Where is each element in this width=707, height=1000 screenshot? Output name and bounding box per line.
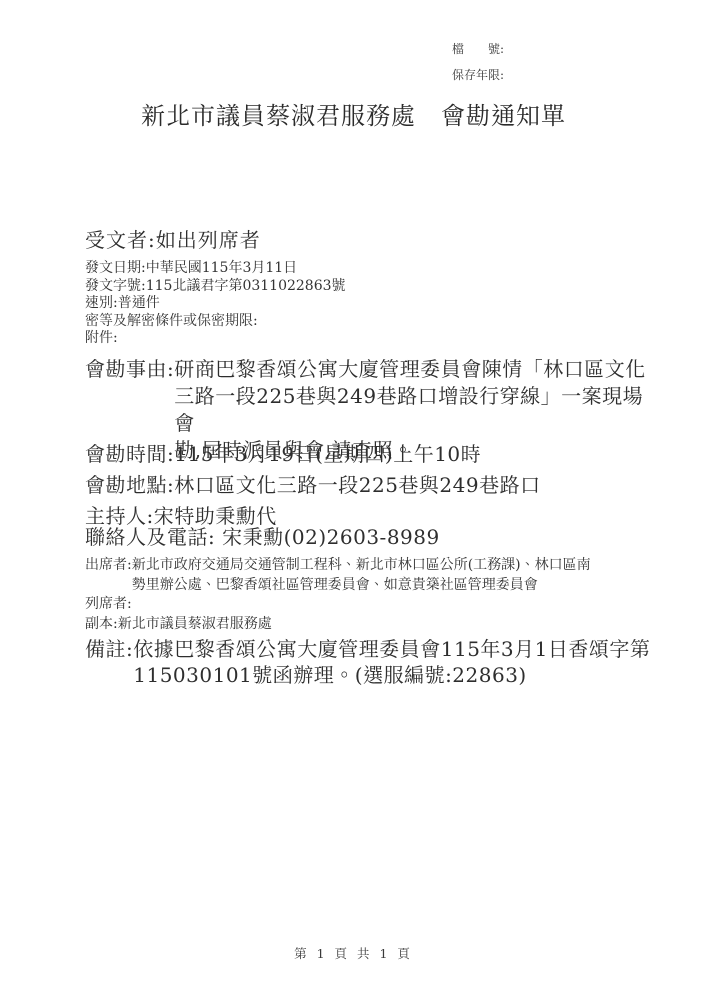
inspection-time-value: 115年3月19日(星期四)上午10時	[174, 442, 481, 466]
archive-block: 檔 號: 保存年限:	[452, 36, 504, 88]
contact-label: 聯絡人及電話:	[85, 525, 215, 549]
remarks-row: 備註: 依據巴黎香頌公寓大廈管理委員會115年3月1日香頌字第 11503010…	[85, 636, 660, 688]
cc-label: 副本:	[85, 616, 118, 632]
inspection-time-label: 會勘時間:	[85, 442, 174, 466]
issue-date-label: 發文日期:	[85, 260, 146, 276]
inspection-subject-label: 會勘事由:	[85, 356, 174, 383]
doc-number-label: 發文字號:	[85, 278, 146, 294]
attendee-line-1: 新北市政府交通局交通管制工程科、新北市林口區公所(工務課)、林口區南	[132, 556, 591, 576]
page-number: 第 1 頁 共 1 頁	[0, 944, 707, 962]
inspection-location-value: 林口區文化三路一段225巷與249巷路口	[174, 473, 540, 497]
doc-number-value: 115北議君字第0311022863號	[146, 278, 346, 294]
doc-number-line: 發文字號:115北議君字第0311022863號	[85, 278, 346, 296]
remarks-label: 備註:	[85, 636, 133, 662]
subject-line-1: 研商巴黎香頌公寓大廈管理委員會陳情「林口區文化	[174, 356, 660, 383]
attendees-block: 出席者: 新北市政府交通局交通管制工程科、新北市林口區公所(工務課)、林口區南 …	[85, 556, 660, 634]
observer-label: 列席者:	[85, 596, 132, 612]
contact-row: 聯絡人及電話: 宋秉勳(02)2603-8989	[85, 521, 660, 550]
file-number-label: 檔 號:	[452, 36, 504, 62]
attendee-line-2: 勢里辦公處、巴黎香頌社區管理委員會、如意貴築社區管理委員會	[132, 576, 591, 596]
retention-period-label: 保存年限:	[452, 62, 504, 88]
attendee-value: 新北市政府交通局交通管制工程科、新北市林口區公所(工務課)、林口區南 勢里辦公處…	[132, 556, 591, 595]
page-title: 新北市議員蔡淑君服務處 會勘通知單	[0, 96, 707, 131]
contact-value: 宋秉勳(02)2603-8989	[215, 525, 439, 549]
inspection-location-row: 會勘地點:林口區文化三路一段225巷與249巷路口	[85, 469, 660, 498]
inspection-time-row: 會勘時間:115年3月19日(星期四)上午10時	[85, 438, 660, 467]
meta-block: 發文日期:中華民國115年3月11日 發文字號:115北議君字第03110228…	[85, 260, 346, 348]
recipient-value: 如出列席者	[156, 228, 261, 252]
classification-line: 密等及解密條件或保密期限:	[85, 313, 346, 331]
observer-row: 列席者:	[85, 595, 660, 615]
attendee-label: 出席者:	[85, 556, 132, 576]
cc-value: 新北市議員蔡淑君服務處	[118, 616, 272, 632]
inspection-location-label: 會勘地點:	[85, 473, 174, 497]
subject-line-2: 三路一段225巷與249巷路口增設行穿線」一案現場會	[174, 383, 660, 437]
issue-date-value: 中華民國115年3月11日	[146, 260, 297, 276]
attendee-row: 出席者: 新北市政府交通局交通管制工程科、新北市林口區公所(工務課)、林口區南 …	[85, 556, 660, 595]
document-page: 檔 號: 保存年限: 新北市議員蔡淑君服務處 會勘通知單 受文者:如出列席者 發…	[0, 0, 707, 1000]
priority-label: 速別:	[85, 295, 118, 311]
recipient-line: 受文者:如出列席者	[85, 224, 261, 253]
classification-label: 密等及解密條件或保密期限:	[85, 313, 258, 329]
recipient-label: 受文者:	[85, 228, 156, 252]
priority-line: 速別:普通件	[85, 295, 346, 313]
attachment-label: 附件:	[85, 330, 118, 346]
priority-value: 普通件	[118, 295, 160, 311]
issue-date-line: 發文日期:中華民國115年3月11日	[85, 260, 346, 278]
attachment-line: 附件:	[85, 330, 346, 348]
remarks-line-2: 115030101號函辦理。(選服編號:22863)	[133, 662, 650, 688]
cc-row: 副本:新北市議員蔡淑君服務處	[85, 615, 660, 635]
remarks-line-1: 依據巴黎香頌公寓大廈管理委員會115年3月1日香頌字第	[133, 636, 650, 662]
remarks-value: 依據巴黎香頌公寓大廈管理委員會115年3月1日香頌字第 115030101號函辦…	[133, 636, 650, 688]
